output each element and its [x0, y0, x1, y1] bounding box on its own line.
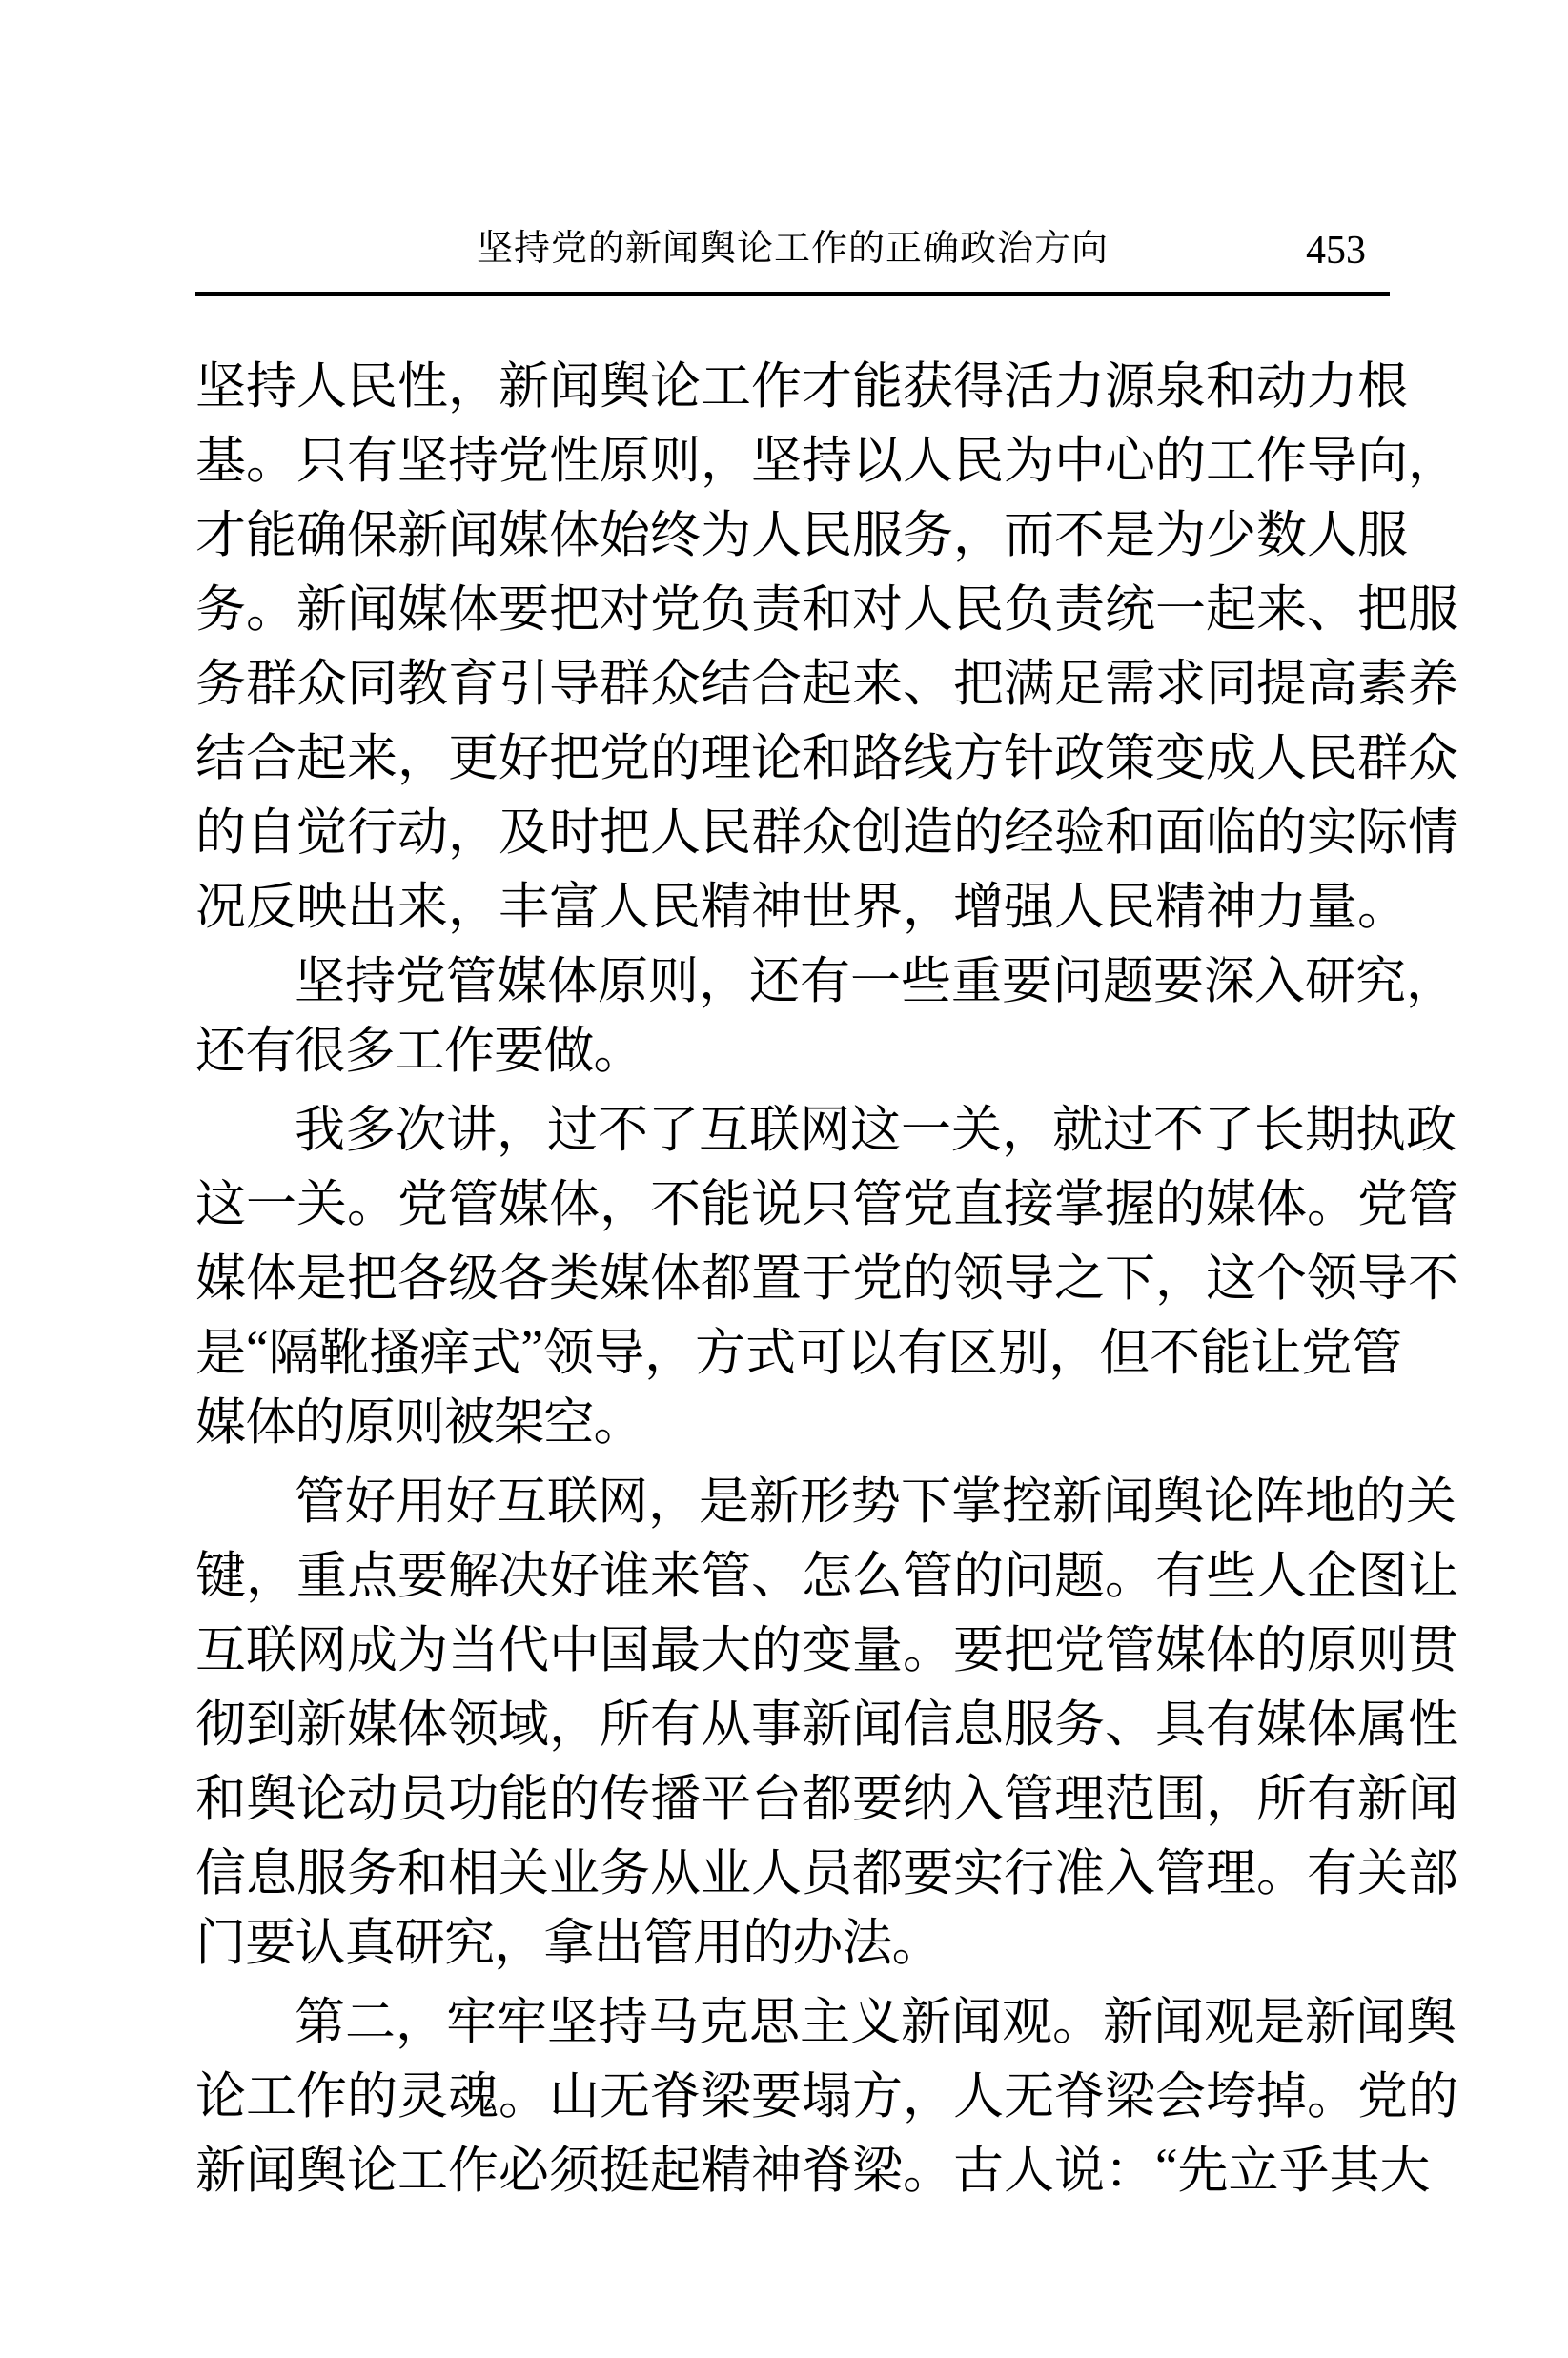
running-header-title: 坚持党的新闻舆论工作的正确政治方向	[195, 225, 1390, 273]
text-line: 务群众同教育引导群众结合起来、把满足需求同提高素养	[195, 642, 1390, 717]
text-line: 这一关。党管媒体，不能说只管党直接掌握的媒体。党管	[195, 1163, 1390, 1237]
text-line: 互联网成为当代中国最大的变量。要把党管媒体的原则贯	[195, 1609, 1390, 1683]
text-line: 结合起来，更好把党的理论和路线方针政策变成人民群众	[195, 717, 1390, 791]
body-text: 坚持人民性，新闻舆论工作才能获得活力源泉和动力根基。只有坚持党性原则，坚持以人民…	[195, 345, 1390, 2204]
paragraph-indent	[195, 1126, 295, 1127]
text-line: 坚持人民性，新闻舆论工作才能获得活力源泉和动力根	[195, 345, 1390, 419]
text-line: 的自觉行动，及时把人民群众创造的经验和面临的实际情	[195, 791, 1390, 865]
text-line: 信息服务和相关业务从业人员都要实行准入管理。有关部	[195, 1832, 1390, 1906]
text-line: 论工作的灵魂。山无脊梁要塌方，人无脊梁会垮掉。党的	[195, 2055, 1390, 2129]
text-line: 还有很多工作要做。	[195, 1014, 1390, 1088]
book-page: 坚持党的新闻舆论工作的正确政治方向 453 坚持人民性，新闻舆论工作才能获得活力…	[0, 0, 1568, 2358]
text-line: 第二，牢牢坚持马克思主义新闻观。新闻观是新闻舆	[195, 1981, 1390, 2055]
paragraph-indent	[195, 2018, 295, 2019]
text-line: 媒体的原则被架空。	[195, 1386, 1390, 1460]
paragraph-indent	[195, 977, 295, 978]
text-line: 务。新闻媒体要把对党负责和对人民负责统一起来、把服	[195, 568, 1390, 642]
page-number: 453	[1306, 229, 1366, 273]
text-line: 坚持党管媒体原则，还有一些重要问题要深入研究，	[195, 940, 1390, 1014]
text-line: 管好用好互联网，是新形势下掌控新闻舆论阵地的关	[195, 1460, 1390, 1535]
text-line: 新闻舆论工作必须挺起精神脊梁。古人说：“先立乎其大	[195, 2129, 1390, 2204]
header-rule-divider	[195, 292, 1390, 296]
text-line: 门要认真研究，拿出管用的办法。	[195, 1906, 1390, 1981]
text-line: 彻到新媒体领域，所有从事新闻信息服务、具有媒体属性	[195, 1683, 1390, 1758]
text-line: 基。只有坚持党性原则，坚持以人民为中心的工作导向，	[195, 419, 1390, 494]
text-line: 才能确保新闻媒体始终为人民服务，而不是为少数人服	[195, 494, 1390, 568]
text-line: 我多次讲，过不了互联网这一关，就过不了长期执政	[195, 1088, 1390, 1163]
text-line: 是“隔靴搔痒式”领导，方式可以有区别，但不能让党管	[195, 1311, 1390, 1386]
text-line: 和舆论动员功能的传播平台都要纳入管理范围，所有新闻	[195, 1758, 1390, 1832]
text-line: 况反映出来，丰富人民精神世界，增强人民精神力量。	[195, 865, 1390, 940]
text-line: 键，重点要解决好谁来管、怎么管的问题。有些人企图让	[195, 1535, 1390, 1609]
paragraph-indent	[195, 1497, 295, 1498]
text-line: 媒体是把各级各类媒体都置于党的领导之下，这个领导不	[195, 1237, 1390, 1311]
